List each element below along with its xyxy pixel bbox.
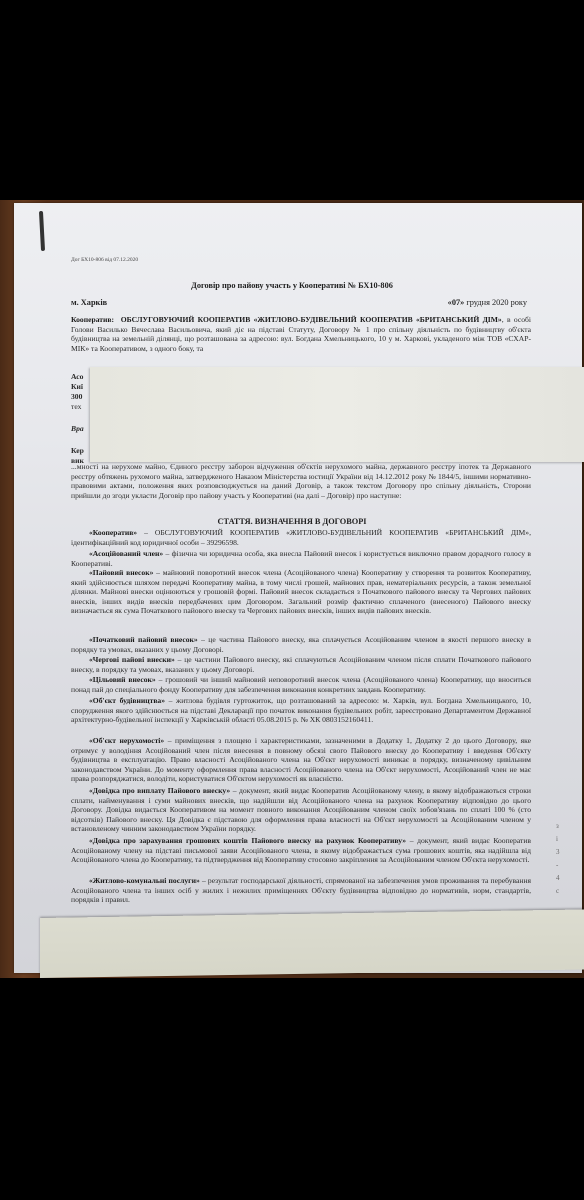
contract-date: «07» грудня 2020 року (448, 298, 527, 307)
margin-mark: з (556, 820, 560, 833)
definition-item: «Пайовий внесок» – майновий поворотний в… (71, 568, 531, 616)
definition-term: «Об'єкт нерухомості» (89, 736, 164, 745)
covering-sheet-bottom (40, 909, 584, 978)
margin-mark: - (556, 859, 560, 872)
definition-item: «Об'єкт будівництва» – житлова будівля г… (71, 696, 531, 725)
definition-item: «Цільовий внесок» – грошовий чи інший ма… (71, 675, 531, 694)
definition-term: «Житлово-комунальні послуги» (89, 876, 200, 885)
date-month-year: грудня 2020 року (466, 298, 527, 307)
definition-term: «Асоційований член» (89, 549, 163, 558)
obscured-fragment: Киї (71, 382, 91, 392)
definition-term: «Кооператив» (89, 528, 137, 537)
definition-term: «Об'єкт будівництва» (89, 696, 165, 705)
city: м. Харків (71, 298, 107, 307)
section-title: СТАТТЯ. ВИЗНАЧЕННЯ В ДОГОВОРІ (0, 517, 584, 526)
definition-item: «Початковий пайовий внесок» – це частина… (71, 635, 531, 654)
definition-item: «Довідка про зарахування грошових коштів… (71, 836, 531, 865)
margin-mark: 4 (556, 872, 560, 885)
obscured-fragment: Вра (71, 424, 91, 434)
obscured-fragment: Асо (71, 372, 91, 382)
document-title: Договір про пайову участь у Кооперативі … (0, 281, 584, 290)
cooperative-name: ОБСЛУГОВУЮЧИЙ КООПЕРАТИВ «ЖИТЛОВО-БУДІВЕ… (121, 315, 502, 324)
margin-mark: і (556, 833, 560, 846)
document-reference: Дог БХ10-806 від 07.12.2020 (71, 257, 138, 263)
definition-term: «Цільовий внесок» (89, 675, 156, 684)
date-day: «07» (448, 298, 465, 307)
obscured-fragment: тех (71, 402, 91, 412)
definition-item: «Чергові пайові внески» – це частини Пай… (71, 655, 531, 674)
definition-term: «Пайовий внесок» (89, 568, 153, 577)
definition-term: «Довідка про зарахування грошових коштів… (89, 836, 406, 845)
cooperative-party-paragraph: Кооператив: ОБСЛУГОВУЮЧИЙ КООПЕРАТИВ «ЖИ… (71, 315, 531, 353)
margin-mark: с (556, 885, 560, 898)
obscured-fragment: Кер (71, 446, 91, 456)
definition-item: «Кооператив» – ОБСЛУГОВУЮЧИЙ КООПЕРАТИВ … (71, 528, 531, 547)
covering-sheet (90, 367, 584, 462)
definition-item: «Асоційований член» – фізична чи юридичн… (71, 549, 531, 568)
definition-term: «Чергові пайові внески» (89, 655, 175, 664)
definition-term: «Довідка про виплату Пайового внеску» (89, 786, 230, 795)
margin-marks: зі3-4с (556, 820, 560, 898)
definition-item: «Об'єкт нерухомості» – приміщення з площ… (71, 736, 531, 784)
cooperative-label: Кооператив: (71, 315, 114, 324)
definition-item: «Житлово-комунальні послуги» – результат… (71, 876, 531, 905)
obscured-fragment: 300 (71, 392, 91, 402)
legal-basis-paragraph: ...мності на нерухоме майно, Єдиного реє… (71, 462, 531, 500)
definition-item: «Довідка про виплату Пайового внеску» – … (71, 786, 531, 834)
definition-text: – ОБСЛУГОВУЮЧИЙ КООПЕРАТИВ «ЖИТЛОВО-БУДІ… (71, 528, 531, 547)
margin-mark: 3 (556, 846, 560, 859)
definition-term: «Початковий пайовий внесок» (89, 635, 198, 644)
